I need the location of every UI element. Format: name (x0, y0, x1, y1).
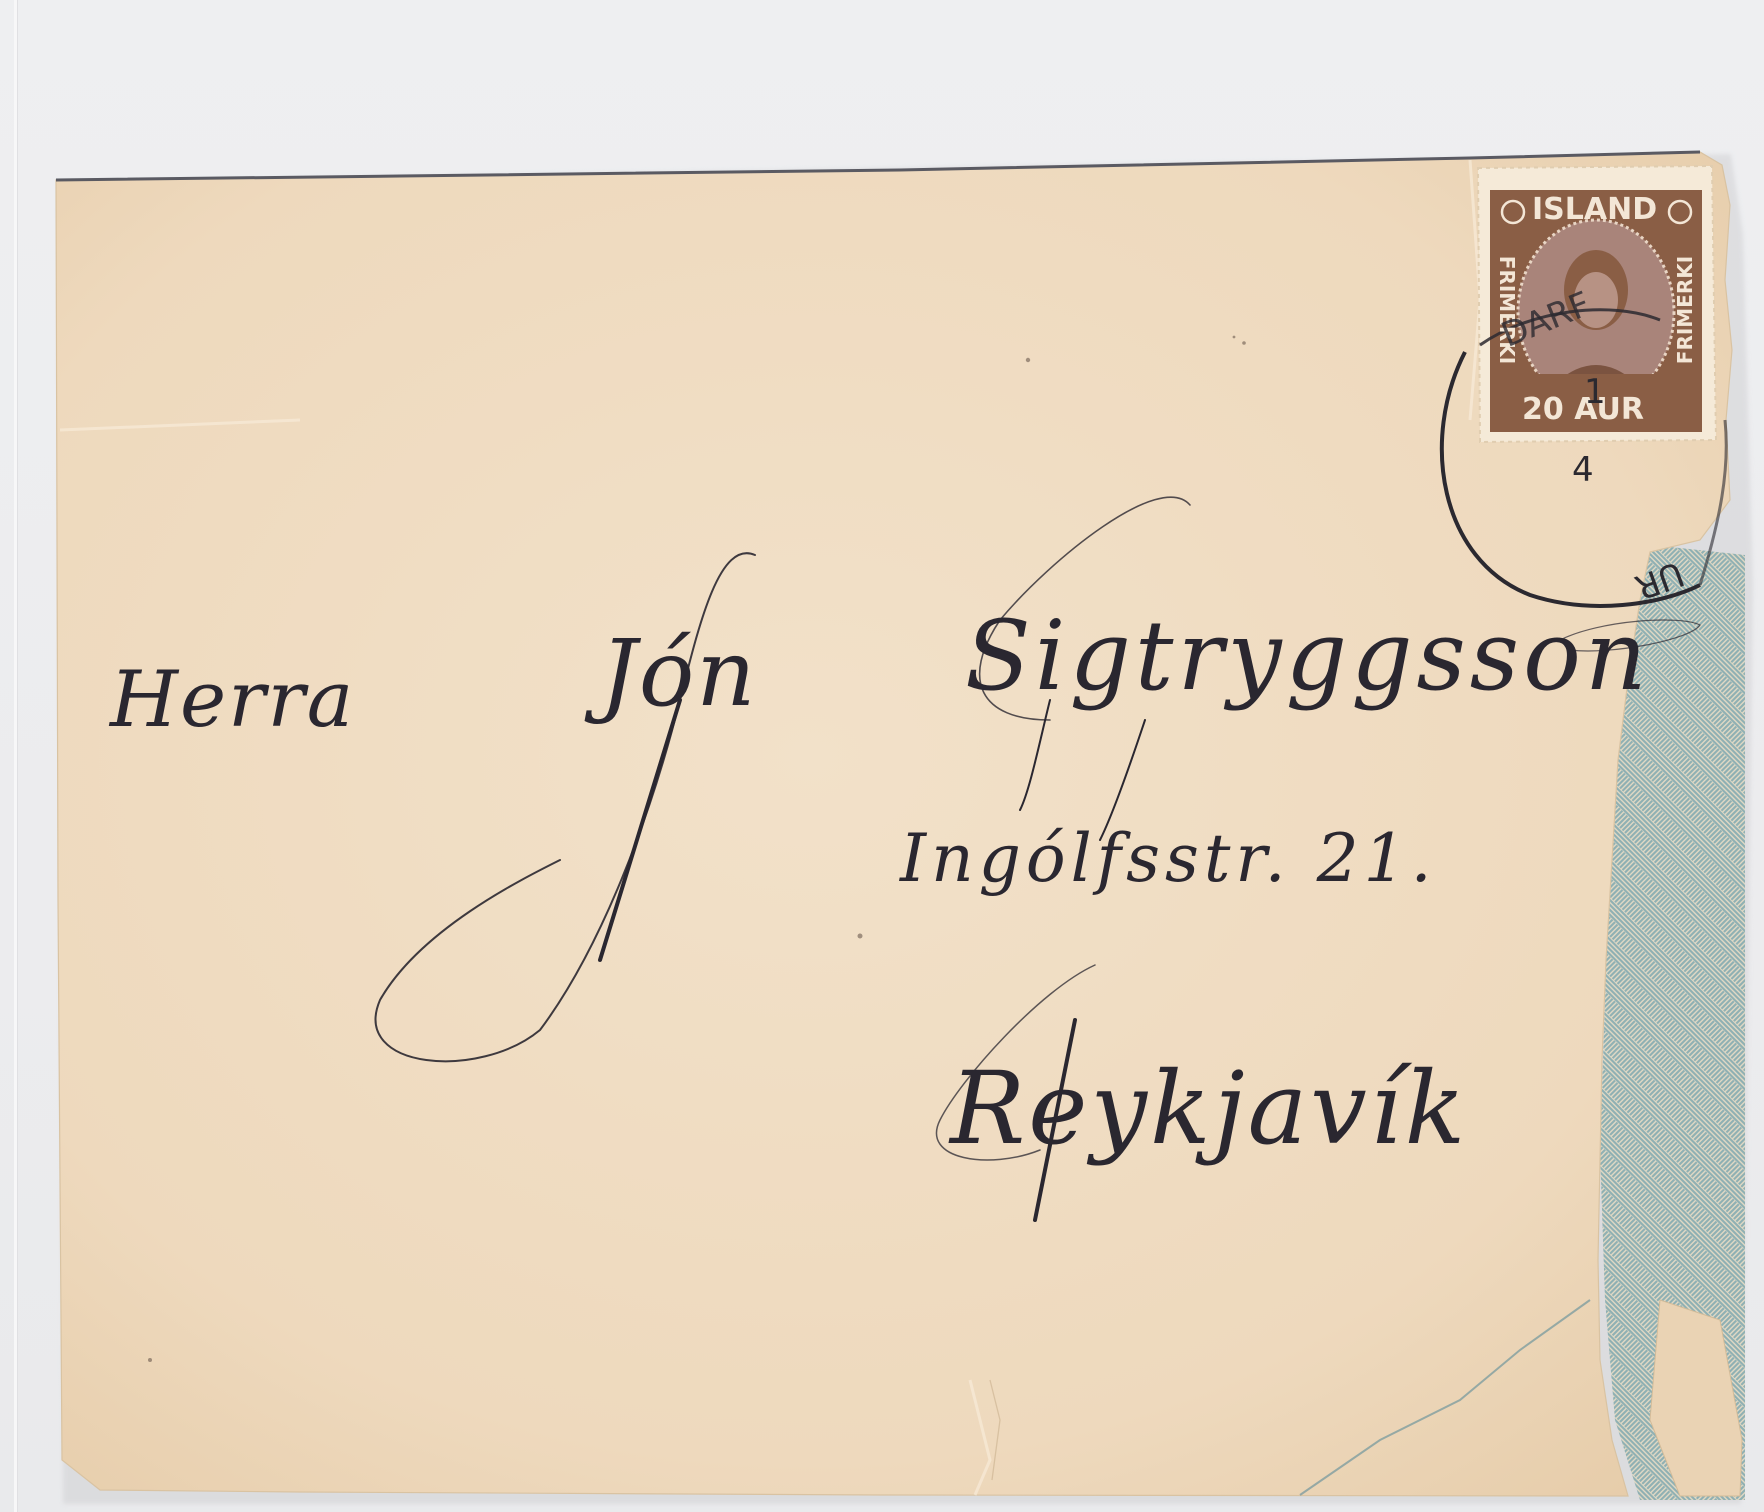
scanned-envelope-scene: ISLAND FRIMERKI FRIMERKI 20 AUR DARF UR … (0, 0, 1764, 1512)
stamp-right-text: FRIMERKI (1673, 245, 1697, 375)
stamp-denomination: 20 AUR (1522, 392, 1644, 427)
envelope-graphic (0, 0, 1764, 1512)
postmark-date-month: 4 (1572, 450, 1594, 490)
address-last-name: Sigtryggsson (965, 600, 1651, 712)
stamp-country: ISLAND (1532, 192, 1657, 227)
address-salutation: Herra (110, 655, 355, 745)
address-street: Ingólfsstr. 21. (900, 820, 1437, 897)
address-first-name: Jón (600, 620, 758, 727)
postmark-date-day: 1 (1584, 372, 1606, 412)
address-city: Reykjavík (950, 1050, 1468, 1167)
